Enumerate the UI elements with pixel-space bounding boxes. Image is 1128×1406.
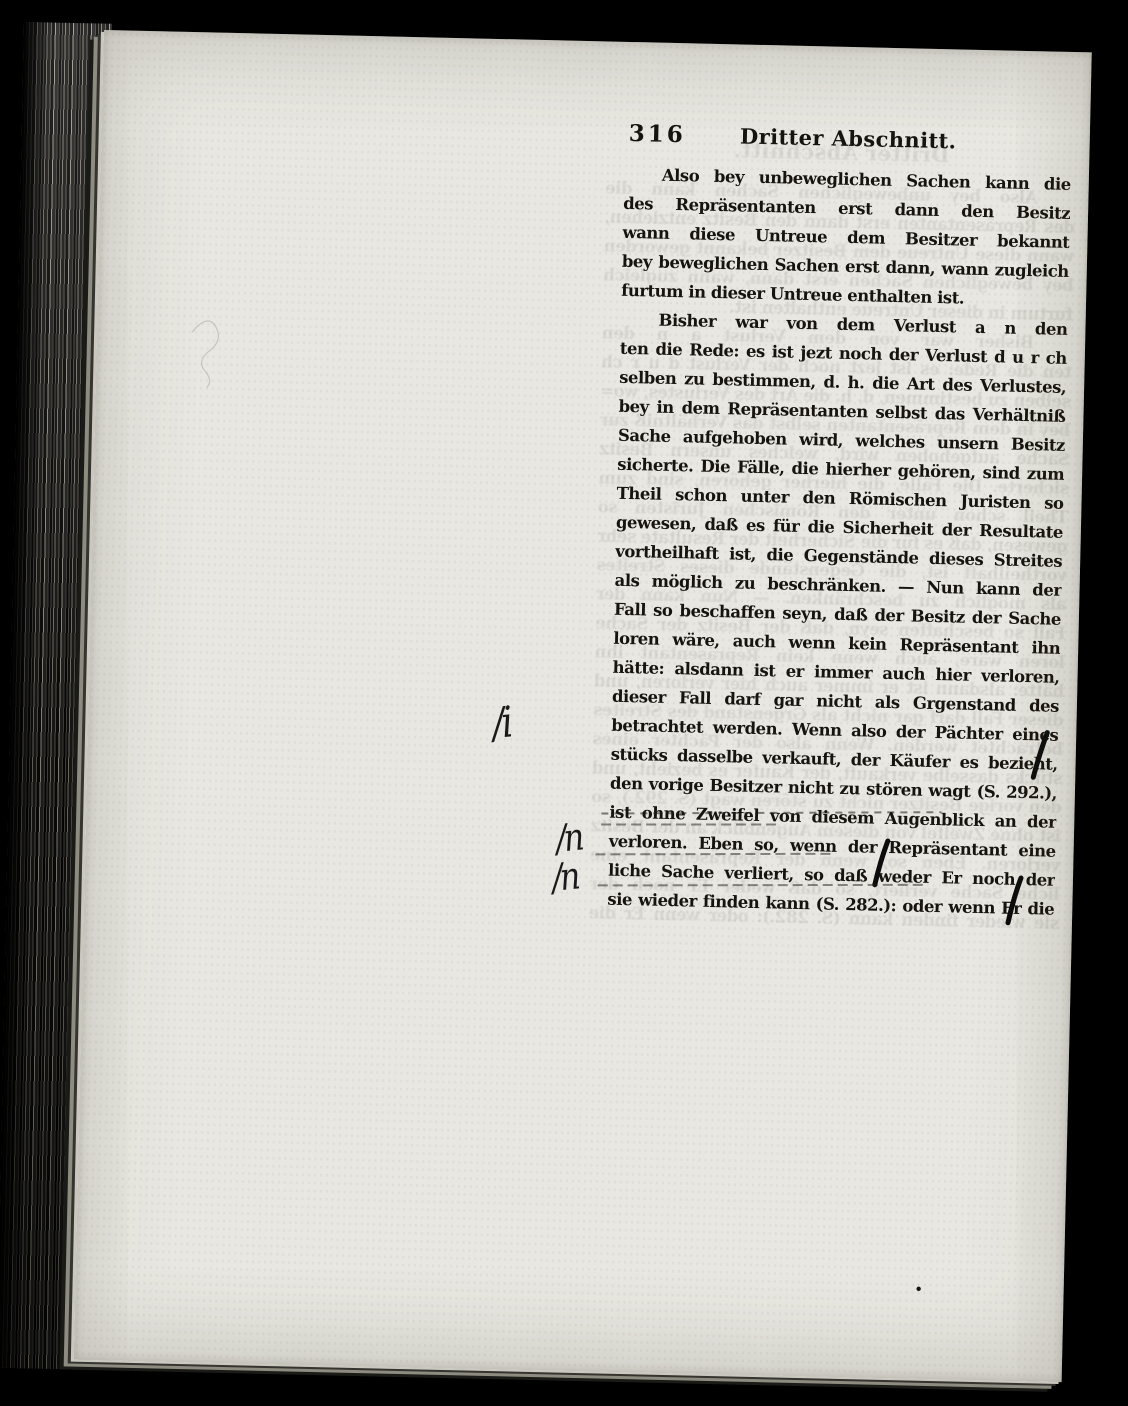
margin-mark-0: /i xyxy=(490,699,512,749)
pencil-doodle xyxy=(191,321,219,388)
page-number: 316 xyxy=(628,120,686,148)
scanned-book-page: Dritter Abschnitt. Also bey unbewegliche… xyxy=(74,30,1092,1382)
book-scan: Dritter Abschnitt. Also bey unbewegliche… xyxy=(0,0,1128,1406)
ink-speck xyxy=(916,1287,920,1291)
running-header: Dritter Abschnitt. xyxy=(740,123,957,153)
margin-mark-2: /n xyxy=(550,853,580,900)
margin-marks: /i/n/n xyxy=(104,30,1092,52)
running-head-row: 316 Dritter Abschnitt. xyxy=(624,112,1072,170)
text-column: 316 Dritter Abschnitt. Also bey unbewegl… xyxy=(607,112,1072,924)
